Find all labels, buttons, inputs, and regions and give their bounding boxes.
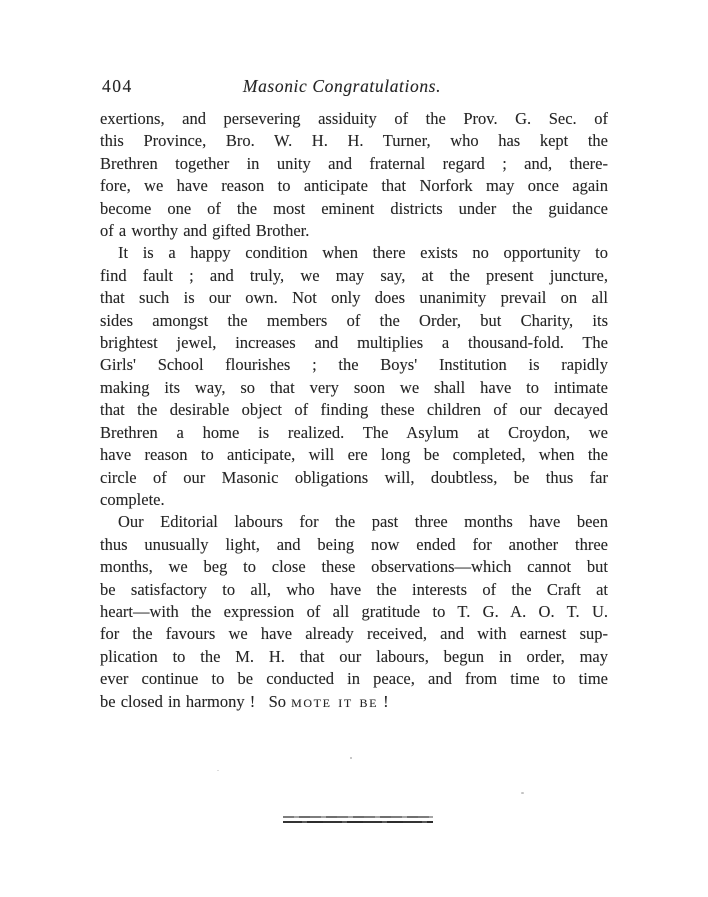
text-line: be satisfactory to all, who have the int… <box>100 579 608 601</box>
text-line: Brethren together in unity and fraternal… <box>100 153 608 175</box>
text-line: for the favours we have already received… <box>100 623 608 645</box>
text-run: circle of our Masonic obligations will, … <box>100 468 608 487</box>
text-line: become one of the most eminent districts… <box>100 198 608 220</box>
ink-speck <box>217 770 219 771</box>
ink-speck <box>521 792 524 794</box>
text-line: exertions, and persevering assiduity of … <box>100 108 608 130</box>
text-line: thus unusually light, and being now ende… <box>100 534 608 556</box>
text-run: have reason to anticipate, will ere long… <box>100 445 608 464</box>
page-header: 404 Masonic Congratulations. <box>100 76 608 97</box>
ink-speck <box>350 757 352 759</box>
text-run: that such is our own. Not only does unan… <box>100 288 608 307</box>
text-line: Our Editorial labours for the past three… <box>100 511 608 533</box>
text-run: ! <box>378 692 389 711</box>
text-line: that such is our own. Not only does unan… <box>100 287 608 309</box>
text-line: Girls' School flourishes ; the Boys' Ins… <box>100 354 608 376</box>
text-line: months, we beg to close these observatio… <box>100 556 608 578</box>
text-run: be closed in harmony ! So <box>100 692 291 711</box>
page-number: 404 <box>102 76 133 97</box>
text-line: It is a happy condition when there exist… <box>100 242 608 264</box>
scanned-page: 404 Masonic Congratulations. exertions, … <box>0 0 708 897</box>
running-title: Masonic Congratulations. <box>100 76 608 97</box>
text-run: become one of the most eminent districts… <box>100 199 608 218</box>
end-rule-top-line <box>283 816 433 818</box>
text-line: making its way, so that very soon we sha… <box>100 377 608 399</box>
text-line: this Province, Bro. W. H. H. Turner, who… <box>100 130 608 152</box>
text-line: brightest jewel, increases and multiplie… <box>100 332 608 354</box>
text-run: Our Editorial labours for the past three… <box>118 512 608 531</box>
text-run: heart—with the expression of all gratitu… <box>100 602 608 621</box>
text-run: this Province, Bro. W. H. H. Turner, who… <box>100 131 608 150</box>
text-line: complete. <box>100 489 608 511</box>
text-run: that the desirable object of finding the… <box>100 400 608 419</box>
end-rule-bottom-line <box>283 821 433 823</box>
text-line: that the desirable object of finding the… <box>100 399 608 421</box>
text-line: find fault ; and truly, we may say, at t… <box>100 265 608 287</box>
text-run: sides amongst the members of the Order, … <box>100 311 608 330</box>
text-run: for the favours we have already received… <box>100 624 608 643</box>
text-line: of a worthy and gifted Brother. <box>100 220 608 242</box>
small-caps-text: mote it be <box>291 692 378 711</box>
text-run: plication to the M. H. that our labours,… <box>100 647 608 666</box>
text-run: making its way, so that very soon we sha… <box>100 378 608 397</box>
text-run: ever continue to be conducted in peace, … <box>100 669 608 688</box>
text-run: thus unusually light, and being now ende… <box>100 535 608 554</box>
text-line: have reason to anticipate, will ere long… <box>100 444 608 466</box>
text-line: be closed in harmony ! So mote it be ! <box>100 691 608 713</box>
text-line: plication to the M. H. that our labours,… <box>100 646 608 668</box>
text-run: Girls' School flourishes ; the Boys' Ins… <box>100 355 608 374</box>
text-run: Brethren a home is realized. The Asylum … <box>100 423 608 442</box>
text-line: sides amongst the members of the Order, … <box>100 310 608 332</box>
end-rule <box>283 816 433 823</box>
text-line: heart—with the expression of all gratitu… <box>100 601 608 623</box>
text-run: of a worthy and gifted Brother. <box>100 221 309 240</box>
text-run: be satisfactory to all, who have the int… <box>100 580 608 599</box>
text-run: exertions, and persevering assiduity of … <box>100 109 608 128</box>
text-run: It is a happy condition when there exist… <box>118 243 608 262</box>
text-line: Brethren a home is realized. The Asylum … <box>100 422 608 444</box>
text-run: complete. <box>100 490 165 509</box>
text-run: brightest jewel, increases and multiplie… <box>100 333 608 352</box>
text-run: fore, we have reason to anticipate that … <box>100 176 608 195</box>
text-line: ever continue to be conducted in peace, … <box>100 668 608 690</box>
text-run: find fault ; and truly, we may say, at t… <box>100 266 608 285</box>
text-line: circle of our Masonic obligations will, … <box>100 467 608 489</box>
text-run: months, we beg to close these observatio… <box>100 557 608 576</box>
page-body: exertions, and persevering assiduity of … <box>100 108 608 713</box>
text-run: Brethren together in unity and fraternal… <box>100 154 608 173</box>
text-line: fore, we have reason to anticipate that … <box>100 175 608 197</box>
